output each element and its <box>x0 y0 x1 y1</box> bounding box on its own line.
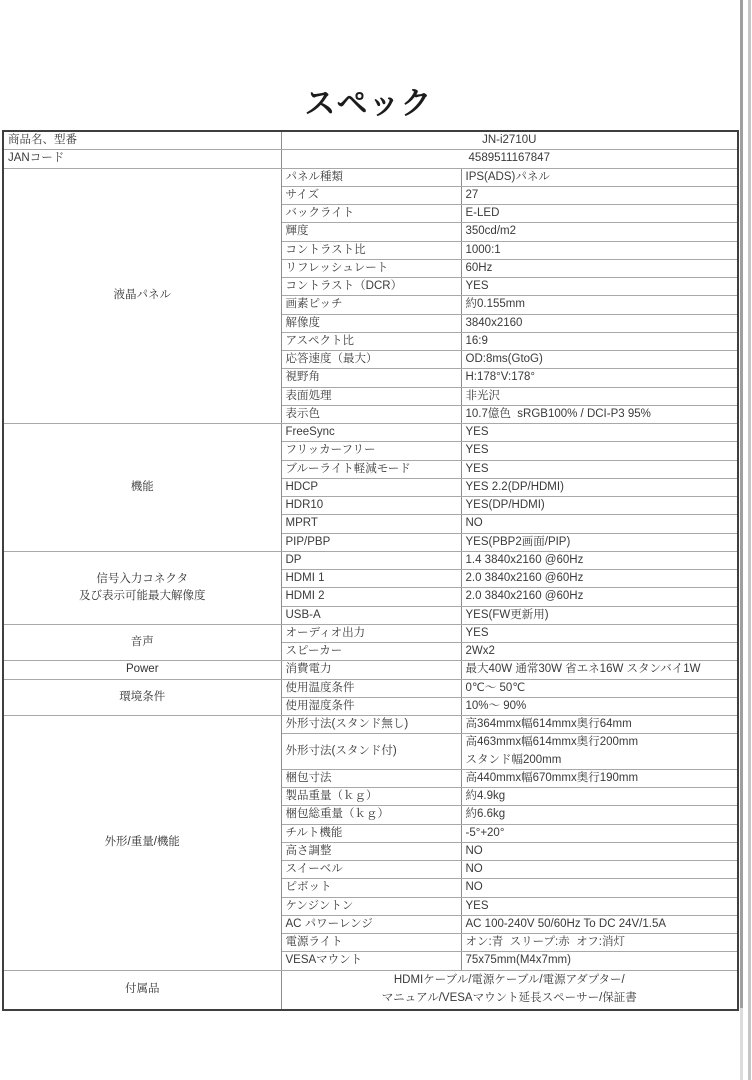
spec-value-cell: 約4.9kg <box>461 788 738 806</box>
spec-value-cell: -5°+20° <box>461 824 738 842</box>
spec-name-cell: ピボット <box>281 879 461 897</box>
table-row: 液晶パネルパネル種類IPS(ADS)パネル <box>3 168 738 186</box>
spec-value-cell: 2.0 3840x2160 @60Hz <box>461 570 738 588</box>
spec-name-cell: 外形寸法(スタンド無し) <box>281 716 461 734</box>
spec-value-cell: NO <box>461 879 738 897</box>
page-edge-line-lower <box>740 1008 743 1080</box>
spec-name-cell: 高さ調整 <box>281 842 461 860</box>
page-edge-line <box>740 0 743 1008</box>
page-title: スペック <box>0 78 737 123</box>
spec-name-cell: FreeSync <box>281 424 461 442</box>
spec-value-cell: 27 <box>461 186 738 204</box>
table-row: JANコード4589511167847 <box>3 150 738 168</box>
spec-name-cell: ケンジントン <box>281 897 461 915</box>
spec-value-cell: オン:青 スリープ:赤 オフ:消灯 <box>461 934 738 952</box>
table-row: 環境条件使用温度条件0℃～ 50℃ <box>3 679 738 697</box>
spec-name-cell: リフレッシュレート <box>281 259 461 277</box>
footer-label-cell: 付属品 <box>3 970 281 1010</box>
table-row: 付属品HDMIケーブル/電源ケーブル/電源アダプター/ マニュアル/VESAマウ… <box>3 970 738 1010</box>
spec-value-cell: 2Wx2 <box>461 643 738 661</box>
spec-value-cell: 約0.155mm <box>461 296 738 314</box>
spec-name-cell: 使用温度条件 <box>281 679 461 697</box>
spec-value-cell: 0℃～ 50℃ <box>461 679 738 697</box>
spec-value-cell: 16:9 <box>461 332 738 350</box>
table-row: Power消費電力最大40W 通常30W 省エネ16W スタンバイ1W <box>3 661 738 679</box>
spec-value-cell: YES(FW更新用) <box>461 606 738 624</box>
spec-name-cell: PIP/PBP <box>281 533 461 551</box>
table-row: 商品名、型番JN-i2710U <box>3 131 738 150</box>
spec-name-cell: 電源ライト <box>281 934 461 952</box>
spec-value-cell: 1.4 3840x2160 @60Hz <box>461 551 738 569</box>
header-label-cell: JANコード <box>3 150 281 168</box>
spec-value-cell: 高440mmx幅670mmx奥行190mm <box>461 769 738 787</box>
spec-name-cell: 製品重量（ｋｇ） <box>281 788 461 806</box>
spec-value-cell: E-LED <box>461 205 738 223</box>
table-row: 信号入力コネクタ 及び表示可能最大解像度DP1.4 3840x2160 @60H… <box>3 551 738 569</box>
spec-value-cell: 非光沢 <box>461 387 738 405</box>
spec-name-cell: 画素ピッチ <box>281 296 461 314</box>
spec-name-cell: フリッカーフリー <box>281 442 461 460</box>
spec-value-cell: 2.0 3840x2160 @60Hz <box>461 588 738 606</box>
spec-name-cell: VESAマウント <box>281 952 461 970</box>
spec-name-cell: AC パワーレンジ <box>281 915 461 933</box>
spec-name-cell: 外形寸法(スタンド付) <box>281 734 461 770</box>
spec-value-cell: 3840x2160 <box>461 314 738 332</box>
spec-name-cell: コントラスト（DCR） <box>281 278 461 296</box>
group-label-cell: 機能 <box>3 424 281 552</box>
spec-name-cell: 視野角 <box>281 369 461 387</box>
spec-value-cell: IPS(ADS)パネル <box>461 168 738 186</box>
spec-value-cell: 75x75mm(M4x7mm) <box>461 952 738 970</box>
spec-value-cell: YES(PBP2画面/PIP) <box>461 533 738 551</box>
spec-value-cell: H:178°V:178° <box>461 369 738 387</box>
table-row: 機能FreeSyncYES <box>3 424 738 442</box>
spec-value-cell: 1000:1 <box>461 241 738 259</box>
table-row: 音声オーディオ出力YES <box>3 624 738 642</box>
spec-name-cell: スイーベル <box>281 861 461 879</box>
spec-name-cell: 解像度 <box>281 314 461 332</box>
spec-name-cell: コントラスト比 <box>281 241 461 259</box>
spec-value-cell: 高364mmx幅614mmx奥行64mm <box>461 716 738 734</box>
spec-name-cell: MPRT <box>281 515 461 533</box>
spec-name-cell: 梱包寸法 <box>281 769 461 787</box>
group-label-cell: 液晶パネル <box>3 168 281 424</box>
spec-value-cell: 高463mmx幅614mmx奥行200mm スタンド幅200mm <box>461 734 738 770</box>
group-label-cell: 信号入力コネクタ 及び表示可能最大解像度 <box>3 551 281 624</box>
spec-name-cell: 梱包総重量（ｋｇ） <box>281 806 461 824</box>
spec-value-cell: YES 2.2(DP/HDMI) <box>461 478 738 496</box>
header-value-cell: JN-i2710U <box>281 131 738 150</box>
spec-name-cell: DP <box>281 551 461 569</box>
spec-value-cell: YES <box>461 897 738 915</box>
spec-value-cell: 10%～ 90% <box>461 697 738 715</box>
spec-name-cell: パネル種類 <box>281 168 461 186</box>
spec-value-cell: YES(DP/HDMI) <box>461 497 738 515</box>
group-label-cell: 環境条件 <box>3 679 281 716</box>
spec-value-cell: 最大40W 通常30W 省エネ16W スタンバイ1W <box>461 661 738 679</box>
spec-value-cell: YES <box>461 624 738 642</box>
spec-name-cell: 表面処理 <box>281 387 461 405</box>
spec-value-cell: 60Hz <box>461 259 738 277</box>
spec-value-cell: YES <box>461 442 738 460</box>
spec-name-cell: ブルーライト軽減モード <box>281 460 461 478</box>
spec-table: 商品名、型番JN-i2710UJANコード4589511167847液晶パネルパ… <box>2 130 739 1011</box>
spec-value-cell: NO <box>461 842 738 860</box>
spec-value-cell: 350cd/m2 <box>461 223 738 241</box>
spec-name-cell: HDR10 <box>281 497 461 515</box>
spec-name-cell: アスペクト比 <box>281 332 461 350</box>
spec-name-cell: HDCP <box>281 478 461 496</box>
spec-name-cell: チルト機能 <box>281 824 461 842</box>
spec-value-cell: YES <box>461 278 738 296</box>
spec-table-body: 商品名、型番JN-i2710UJANコード4589511167847液晶パネルパ… <box>3 131 738 1010</box>
spec-value-cell: AC 100-240V 50/60Hz To DC 24V/1.5A <box>461 915 738 933</box>
spec-name-cell: 使用湿度条件 <box>281 697 461 715</box>
group-label-cell: 音声 <box>3 624 281 661</box>
spec-name-cell: HDMI 2 <box>281 588 461 606</box>
spec-value-cell: OD:8ms(GtoG) <box>461 351 738 369</box>
footer-value-cell: HDMIケーブル/電源ケーブル/電源アダプター/ マニュアル/VESAマウント延… <box>281 970 738 1010</box>
spec-name-cell: 表示色 <box>281 405 461 423</box>
spec-value-cell: YES <box>461 460 738 478</box>
spec-name-cell: HDMI 1 <box>281 570 461 588</box>
spec-name-cell: バックライト <box>281 205 461 223</box>
spec-name-cell: USB-A <box>281 606 461 624</box>
group-label-cell: 外形/重量/機能 <box>3 716 281 971</box>
header-value-cell: 4589511167847 <box>281 150 738 168</box>
spec-name-cell: オーディオ出力 <box>281 624 461 642</box>
spec-value-cell: NO <box>461 515 738 533</box>
spec-name-cell: スピーカー <box>281 643 461 661</box>
spec-name-cell: 輝度 <box>281 223 461 241</box>
spec-name-cell: サイズ <box>281 186 461 204</box>
page-edge-shadow <box>748 0 751 1080</box>
spec-value-cell: 10.7億色 sRGB100% / DCI-P3 95% <box>461 405 738 423</box>
table-row: 外形/重量/機能外形寸法(スタンド無し)高364mmx幅614mmx奥行64mm <box>3 716 738 734</box>
spec-value-cell: 約6.6kg <box>461 806 738 824</box>
spec-value-cell: YES <box>461 424 738 442</box>
spec-name-cell: 応答速度（最大） <box>281 351 461 369</box>
spec-value-cell: NO <box>461 861 738 879</box>
group-label-cell: Power <box>3 661 281 679</box>
spec-name-cell: 消費電力 <box>281 661 461 679</box>
header-label-cell: 商品名、型番 <box>3 131 281 150</box>
